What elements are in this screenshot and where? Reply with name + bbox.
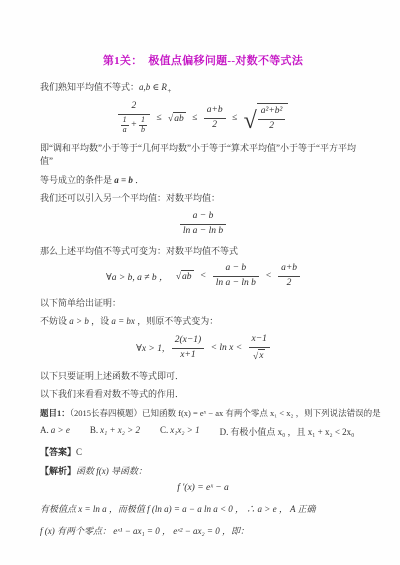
assume-text-1: 不妨设 xyxy=(40,316,69,326)
assume-text-3: ，则原不等式变为： xyxy=(135,316,218,326)
problem-statement: 题目1：（2015长春四模题）已知函数 f(x) = eˣ − ax 有两个零点… xyxy=(40,407,366,420)
lower-den: x+1 xyxy=(172,349,204,362)
arith-den: 2 xyxy=(204,119,226,132)
log-mean-den: ln a − ln b xyxy=(180,225,226,238)
upper-den: √x xyxy=(249,348,270,363)
option-a-text: a > e xyxy=(51,425,70,435)
log-mean-num: a − b xyxy=(213,263,259,277)
lower-num: 2(x−1) xyxy=(172,335,204,349)
only-need-line: 以下只要证明上述函数不等式即可． xyxy=(40,370,366,384)
radicand-ab: ab xyxy=(173,112,186,124)
answer-value: C xyxy=(76,447,82,457)
leq-operator: ≤ xyxy=(232,113,237,123)
log-mean-intro-line: 我们还可以引入另一个平均值：对数平均值： xyxy=(40,192,366,206)
log-mean-formula: a − b ln a − ln b xyxy=(40,211,366,238)
option-d-text: 有极小值点 x₀ ，且 x₁ + x₂ < 2x₀ xyxy=(230,427,354,437)
proof-intro-line: 以下简单给出证明： xyxy=(40,297,366,311)
lnx-middle: < ln x < xyxy=(211,343,243,353)
quadratic-num: a²+b² xyxy=(258,106,286,120)
log-mean-fraction: a − b ln a − ln b xyxy=(213,263,259,290)
harmonic-numerator: 2 xyxy=(118,101,150,115)
page-title: 第1关： 极值点偏移问题--对数不等式法 xyxy=(40,52,366,68)
options-row: A.a > e B.x₁ + x₂ > 2 C.x₁x₂ > 1 D.有极小值点… xyxy=(40,425,366,438)
sqrt-x: √x xyxy=(253,349,265,363)
option-b-text: x₁ + x₂ > 2 xyxy=(100,425,140,435)
answer-line: 【答案】C xyxy=(40,446,366,460)
upper-bound-fraction: x−1 √x xyxy=(249,334,270,363)
equality-text-2: ． xyxy=(133,175,144,185)
lt-operator: < xyxy=(200,271,206,281)
equality-math: a = b xyxy=(114,175,133,185)
analysis-line: 【解析】函数 f(x) 导函数： xyxy=(40,465,366,479)
one-over-b-den: b xyxy=(139,126,147,135)
problem-text: （2015长春四模题）已知函数 f(x) = eˣ − ax 有两个零点 x₁ … xyxy=(70,408,381,418)
quadratic-mean-radical: √a²+b²2 xyxy=(244,103,289,133)
option-b-label: B. xyxy=(90,425,98,435)
option-c-text: x₁x₂ > 1 xyxy=(170,425,199,435)
mean-chain-line: 即“调和平均数”小于等于“几何平均数”小于等于“算术平均值”小于等于“平方平均值… xyxy=(40,142,366,169)
transform-line: 那么上述平均值不等式可变为：对数平均值不等式 xyxy=(40,245,366,259)
sqrt-ab: √ab xyxy=(176,270,194,282)
upper-num: x−1 xyxy=(249,334,270,348)
derivative-formula: f ′(x) = eˣ − a xyxy=(40,483,366,493)
intro-math: a,b ∈ R xyxy=(139,82,167,92)
document-page: 第1关： 极值点偏移问题--对数不等式法 我们熟知平均值不等式：a,b ∈ R+… xyxy=(0,0,400,565)
quadratic-den: 2 xyxy=(258,120,286,133)
radical-sign: √ xyxy=(244,110,257,133)
answer-label: 【答案】 xyxy=(40,447,76,457)
equality-text-1: 等号成立的条件是 xyxy=(40,175,114,185)
analysis-label: 【解析】 xyxy=(40,466,76,476)
arith-den: 2 xyxy=(278,277,300,290)
option-d: D.有极小值点 x₀ ，且 x₁ + x₂ < 2x₀ xyxy=(220,425,355,438)
option-c-label: C. xyxy=(160,425,168,435)
lower-bound-fraction: 2(x−1) x+1 xyxy=(172,335,204,362)
harmonic-denominator: 1 a + 1 b xyxy=(118,115,150,135)
log-mean-den: ln a − ln b xyxy=(213,277,259,290)
forall-x-condition: ∀x > 1, xyxy=(136,344,164,354)
option-d-label: D. xyxy=(220,427,229,437)
extreme-point-line: 有极值点 x = ln a ，而极值 f (ln a) = a − a ln a… xyxy=(40,503,366,517)
analysis-intro: 函数 f(x) 导函数： xyxy=(76,466,147,476)
intro-text: 我们熟知平均值不等式： xyxy=(40,82,139,92)
assume-math-1: a > b xyxy=(69,316,89,326)
function-inequality-formula: ∀x > 1, 2(x−1) x+1 < ln x < x−1 √x xyxy=(40,334,366,363)
radicand-x: x xyxy=(258,349,265,363)
arith-num: a+b xyxy=(278,263,300,277)
radicand-ab: ab xyxy=(181,270,194,282)
log-mean-num: a − b xyxy=(180,211,226,225)
option-b: B.x₁ + x₂ > 2 xyxy=(90,425,140,438)
problem-label: 题目1： xyxy=(40,408,70,418)
assume-math-2: a = bx xyxy=(111,316,135,326)
two-zeros-line: f (x) 有两个零点： eˣ¹ − ax₁ = 0 ， eˣ² − ax₂ =… xyxy=(40,525,366,539)
mean-inequality-formula: 2 1 a + 1 b ≤ √ab ≤ a+b 2 ≤ √a²+b²2 xyxy=(40,101,366,134)
arith-mean-fraction: a+b 2 xyxy=(278,263,300,290)
intro-math-sub: + xyxy=(167,87,172,95)
log-inequality-formula: ∀a > b, a ≠ b ， √ab < a − b ln a − ln b … xyxy=(40,263,366,290)
equality-condition-line: 等号成立的条件是 a = b ． xyxy=(40,174,366,188)
harmonic-mean-fraction: 2 1 a + 1 b xyxy=(118,101,150,134)
one-over-b-fraction: 1 b xyxy=(139,116,147,135)
arith-num: a+b xyxy=(204,105,226,119)
geometric-mean-radical: √ab xyxy=(168,112,186,124)
intro-line: 我们熟知平均值不等式：a,b ∈ R+ xyxy=(40,81,366,96)
log-mean-fraction: a − b ln a − ln b xyxy=(180,211,226,238)
substitution-line: 不妨设 a > b ，设 a = bx ，则原不等式变为： xyxy=(40,315,366,329)
assume-text-2: ，设 xyxy=(89,316,112,326)
leq-operator: ≤ xyxy=(192,113,197,123)
plus-operator: + xyxy=(131,120,137,132)
option-c: C.x₁x₂ > 1 xyxy=(160,425,200,438)
quadratic-fraction: a²+b²2 xyxy=(258,106,286,133)
forall-condition: ∀a > b, a ≠ b ， xyxy=(106,273,168,283)
one-over-a-den: a xyxy=(121,126,129,135)
lt-operator: < xyxy=(265,271,271,281)
usage-line: 以下我们来看看对数不等式的作用． xyxy=(40,388,366,402)
quadratic-radicand: a²+b²2 xyxy=(257,103,289,133)
leq-operator: ≤ xyxy=(156,113,161,123)
option-a: A.a > e xyxy=(40,425,70,438)
option-a-label: A. xyxy=(40,425,49,435)
one-over-a-fraction: 1 a xyxy=(121,116,129,135)
arithmetic-mean-fraction: a+b 2 xyxy=(204,105,226,132)
